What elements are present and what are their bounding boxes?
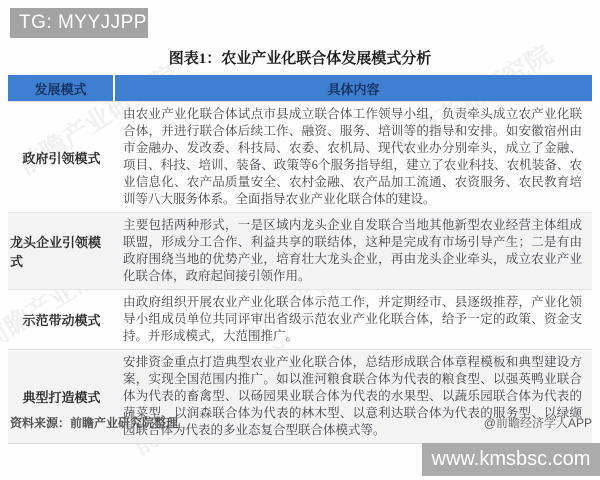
row-label: 龙头企业引领模式 <box>8 213 115 289</box>
table-row: 政府引领模式 由农业产业化联合体试点市县成立联合体工作领导小组，负责牵头成立农产… <box>8 101 592 212</box>
site-url-watermark: www.kmsbsc.com <box>422 443 600 476</box>
row-content: 由农业产业化联合体试点市县成立联合体工作领导小组，负责牵头成立农产业化联合体，并… <box>115 102 592 212</box>
footer-line: 资料来源：前瞻产业研究院整理 @前瞻经济学人APP <box>10 414 592 431</box>
table-header-detail: 具体内容 <box>115 75 592 101</box>
table-row: 龙头企业引领模式 主要包括两种形式，一是区域内龙头企业自发联合当地其他新型农业经… <box>8 212 592 289</box>
tg-badge: TG: MYYJJPP <box>10 8 148 38</box>
row-label: 政府引领模式 <box>8 102 115 212</box>
row-content: 主要包括两种形式，一是区域内龙头企业自发联合当地其他新型农业经营主体组成联盟，形… <box>115 213 592 289</box>
row-label: 示范带动模式 <box>8 290 115 349</box>
development-mode-table: 发展模式 具体内容 政府引领模式 由农业产业化联合体试点市县成立联合体工作领导小… <box>8 75 592 444</box>
table-header-row: 发展模式 具体内容 <box>8 75 592 101</box>
row-content: 由政府组织开展农业产业化联合体示范工作，并定期经市、县逐级推荐，产业化领导小组成… <box>115 290 592 349</box>
figure-title: 图表1：农业产业化联合体发展模式分析 <box>8 47 592 68</box>
table-header-mode: 发展模式 <box>8 75 115 101</box>
report-page: 前瞻产业研究院 前瞻产业研究院 前瞻产业研究院 前瞻产业研究院 前瞻产业研究院 … <box>0 0 600 480</box>
credit-label: @前瞻经济学人APP <box>484 414 592 431</box>
table-row: 示范带动模式 由政府组织开展农业产业化联合体示范工作，并定期经市、县逐级推荐，产… <box>8 289 592 349</box>
data-source-label: 资料来源：前瞻产业研究院整理 <box>10 414 178 431</box>
